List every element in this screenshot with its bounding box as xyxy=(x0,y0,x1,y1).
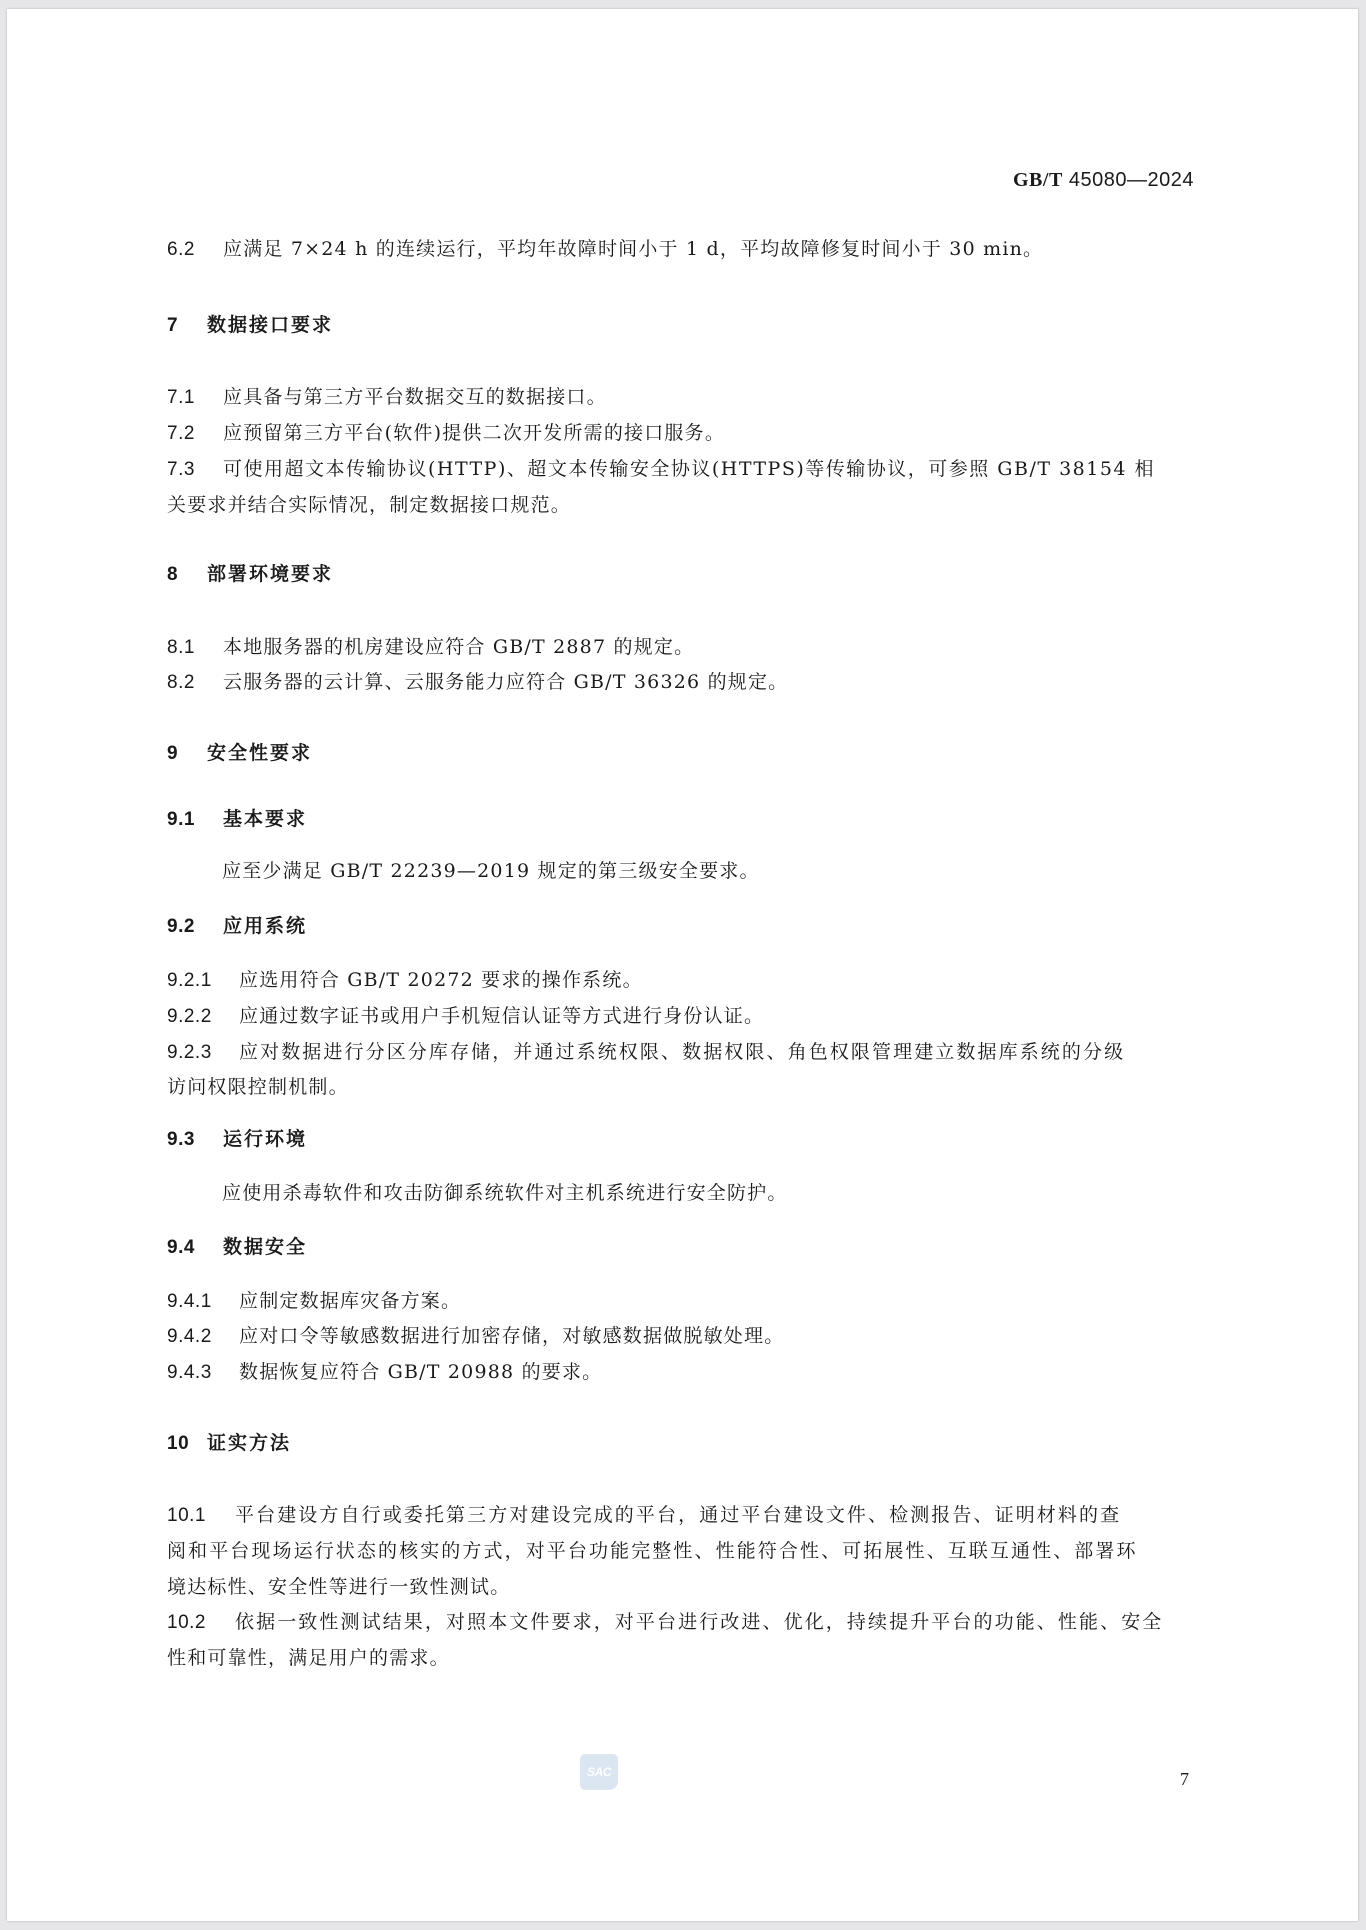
section-number: 9 xyxy=(167,742,207,766)
section-number: 7 xyxy=(167,314,207,338)
clause-10-2-line-1: 10.2依据一致性测试结果，对照本文件要求，对平台进行改进、优化，持续提升平台的… xyxy=(167,1610,1163,1635)
clause-number: 9.4.3 xyxy=(167,1361,239,1385)
page-number: 7 xyxy=(1180,1769,1189,1790)
standard-number: 45080—2024 xyxy=(1069,169,1194,191)
clause-text: 可使用超文本传输协议(HTTP)、超文本传输安全协议(HTTPS)等传输协议，可… xyxy=(223,458,1155,480)
clause-text: 数据恢复应符合 GB/T 20988 的要求。 xyxy=(239,1361,602,1383)
clause-9-2-3-line-2: 访问权限控制机制。 xyxy=(167,1075,349,1099)
clause-text: 云服务器的云计算、云服务能力应符合 GB/T 36326 的规定。 xyxy=(223,671,788,693)
clause-8-2: 8.2云服务器的云计算、云服务能力应符合 GB/T 36326 的规定。 xyxy=(167,670,788,695)
clause-text: 性和可靠性，满足用户的需求。 xyxy=(167,1647,450,1669)
section-title: 证实方法 xyxy=(207,1432,291,1454)
subsection-number: 9.2 xyxy=(167,915,223,939)
clause-7-3-line-2: 关要求并结合实际情况，制定数据接口规范。 xyxy=(167,493,571,517)
clause-number: 9.2.1 xyxy=(167,969,239,993)
clause-number: 10.2 xyxy=(167,1611,235,1635)
clause-10-1-line-3: 境达标性、安全性等进行一致性测试。 xyxy=(167,1575,510,1599)
clause-number: 9.4.2 xyxy=(167,1325,239,1349)
clause-10-1-line-1: 10.1平台建设方自行或委托第三方对建设完成的平台，通过平台建设文件、检测报告、… xyxy=(167,1503,1121,1528)
clause-7-2: 7.2应预留第三方平台(软件)提供二次开发所需的接口服务。 xyxy=(167,421,725,446)
clause-text: 应对口令等敏感数据进行加密存储，对敏感数据做脱敏处理。 xyxy=(239,1325,784,1347)
section-7-heading: 7数据接口要求 xyxy=(167,313,333,338)
subsection-title: 应用系统 xyxy=(223,915,307,937)
clause-9-2-3-line-1: 9.2.3应对数据进行分区分库存储，并通过系统权限、数据权限、角色权限管理建立数… xyxy=(167,1040,1125,1065)
clause-9-2-2: 9.2.2应通过数字证书或用户手机短信认证等方式进行身份认证。 xyxy=(167,1004,764,1029)
clause-number: 6.2 xyxy=(167,238,223,262)
clause-text: 应具备与第三方平台数据交互的数据接口。 xyxy=(223,386,607,408)
clause-10-1-line-2: 阅和平台现场运行状态的核实的方式，对平台功能完整性、性能符合性、可拓展性、互联互… xyxy=(167,1539,1138,1563)
clause-text: 访问权限控制机制。 xyxy=(167,1076,349,1098)
clause-text: 阅和平台现场运行状态的核实的方式，对平台功能完整性、性能符合性、可拓展性、互联互… xyxy=(167,1540,1138,1562)
subsection-title: 基本要求 xyxy=(223,808,307,830)
clause-text: 应选用符合 GB/T 20272 要求的操作系统。 xyxy=(239,969,643,991)
clause-8-1: 8.1本地服务器的机房建设应符合 GB/T 2887 的规定。 xyxy=(167,635,694,660)
clause-9-4-2: 9.4.2应对口令等敏感数据进行加密存储，对敏感数据做脱敏处理。 xyxy=(167,1324,784,1349)
clause-9-2-1: 9.2.1应选用符合 GB/T 20272 要求的操作系统。 xyxy=(167,968,643,993)
standard-code: GB/T 45080—2024 xyxy=(1013,169,1194,192)
clause-number: 7.3 xyxy=(167,458,223,482)
section-title: 部署环境要求 xyxy=(207,563,333,585)
document-page: GB/T 45080—2024 6.2应满足 7×24 h 的连续运行，平均年故… xyxy=(7,9,1358,1921)
section-title: 数据接口要求 xyxy=(207,314,333,336)
sac-logo-watermark: SAC xyxy=(580,1754,618,1790)
section-10-heading: 10证实方法 xyxy=(167,1431,291,1456)
clause-text: 应满足 7×24 h 的连续运行，平均年故障时间小于 1 d，平均故障修复时间小… xyxy=(223,238,1043,260)
clause-number: 8.2 xyxy=(167,671,223,695)
subsection-title: 数据安全 xyxy=(223,1236,307,1258)
clause-6-2: 6.2应满足 7×24 h 的连续运行，平均年故障时间小于 1 d，平均故障修复… xyxy=(167,237,1043,262)
subsection-9-3-heading: 9.3运行环境 xyxy=(167,1127,307,1152)
subsection-9-3-text: 应使用杀毒软件和攻击防御系统软件对主机系统进行安全防护。 xyxy=(222,1181,788,1205)
subsection-number: 9.4 xyxy=(167,1236,223,1260)
clause-text: 依据一致性测试结果，对照本文件要求，对平台进行改进、优化，持续提升平台的功能、性… xyxy=(235,1611,1163,1633)
clause-text: 本地服务器的机房建设应符合 GB/T 2887 的规定。 xyxy=(223,636,694,658)
clause-text: 境达标性、安全性等进行一致性测试。 xyxy=(167,1576,510,1598)
subsection-9-1-text: 应至少满足 GB/T 22239—2019 规定的第三级安全要求。 xyxy=(222,859,760,883)
clause-text: 应至少满足 GB/T 22239—2019 规定的第三级安全要求。 xyxy=(222,860,760,882)
subsection-number: 9.3 xyxy=(167,1128,223,1152)
clause-text: 应预留第三方平台(软件)提供二次开发所需的接口服务。 xyxy=(223,422,725,444)
clause-9-4-1: 9.4.1应制定数据库灾备方案。 xyxy=(167,1289,461,1314)
section-8-heading: 8部署环境要求 xyxy=(167,562,333,587)
logo-text: SAC xyxy=(587,1765,611,1779)
clause-text: 应使用杀毒软件和攻击防御系统软件对主机系统进行安全防护。 xyxy=(222,1182,788,1204)
clause-number: 10.1 xyxy=(167,1504,235,1528)
clause-text: 平台建设方自行或委托第三方对建设完成的平台，通过平台建设文件、检测报告、证明材料… xyxy=(235,1504,1121,1526)
clause-text: 应制定数据库灾备方案。 xyxy=(239,1290,461,1312)
clause-7-3-line-1: 7.3可使用超文本传输协议(HTTP)、超文本传输安全协议(HTTPS)等传输协… xyxy=(167,457,1155,482)
clause-text: 关要求并结合实际情况，制定数据接口规范。 xyxy=(167,494,571,516)
clause-number: 7.2 xyxy=(167,422,223,446)
clause-text: 应对数据进行分区分库存储，并通过系统权限、数据权限、角色权限管理建立数据库系统的… xyxy=(239,1041,1125,1063)
section-number: 10 xyxy=(167,1432,207,1456)
subsection-9-2-heading: 9.2应用系统 xyxy=(167,914,307,939)
subsection-9-1-heading: 9.1基本要求 xyxy=(167,807,307,832)
clause-7-1: 7.1应具备与第三方平台数据交互的数据接口。 xyxy=(167,385,607,410)
subsection-9-4-heading: 9.4数据安全 xyxy=(167,1235,307,1260)
clause-10-2-line-2: 性和可靠性，满足用户的需求。 xyxy=(167,1646,450,1670)
clause-number: 9.2.3 xyxy=(167,1041,239,1065)
clause-number: 7.1 xyxy=(167,386,223,410)
clause-number: 9.4.1 xyxy=(167,1290,239,1314)
section-number: 8 xyxy=(167,563,207,587)
clause-number: 8.1 xyxy=(167,636,223,660)
subsection-title: 运行环境 xyxy=(223,1128,307,1150)
clause-9-4-3: 9.4.3数据恢复应符合 GB/T 20988 的要求。 xyxy=(167,1360,602,1385)
standard-prefix: GB/T xyxy=(1013,169,1063,191)
clause-text: 应通过数字证书或用户手机短信认证等方式进行身份认证。 xyxy=(239,1005,764,1027)
section-title: 安全性要求 xyxy=(207,742,312,764)
section-9-heading: 9安全性要求 xyxy=(167,741,312,766)
subsection-number: 9.1 xyxy=(167,808,223,832)
clause-number: 9.2.2 xyxy=(167,1005,239,1029)
